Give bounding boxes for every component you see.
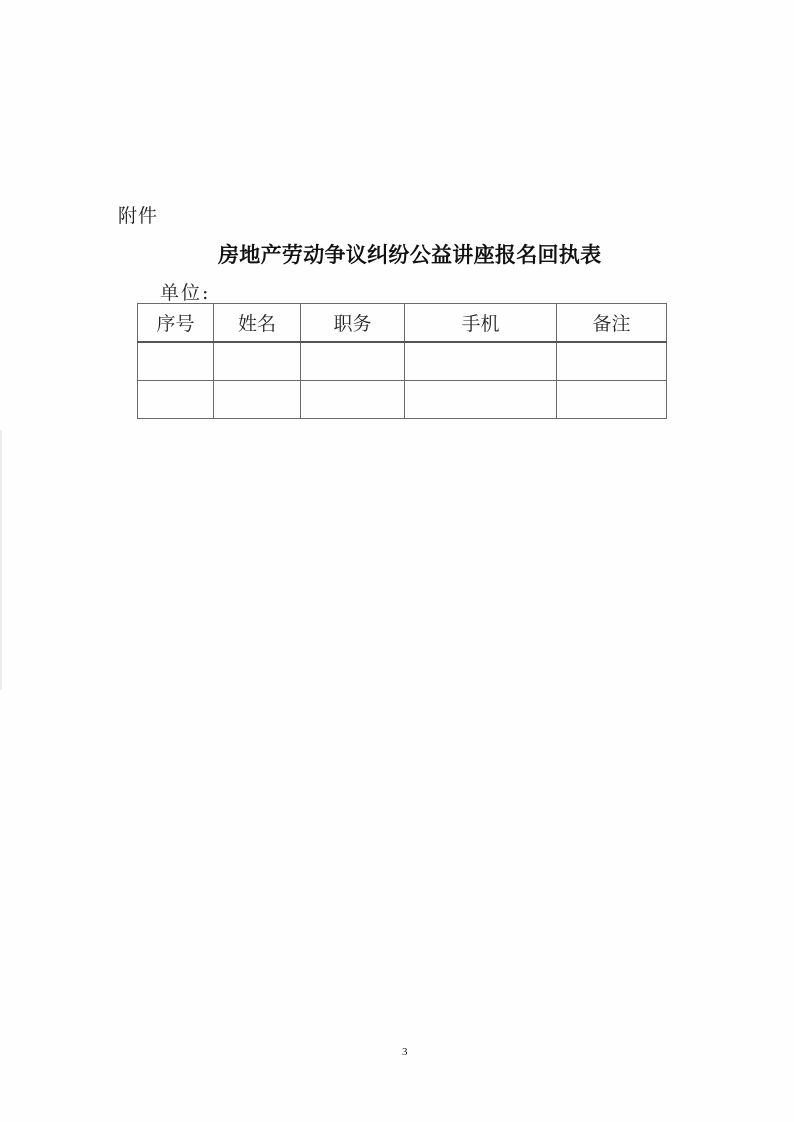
cell-name xyxy=(214,342,301,381)
cell-mobile xyxy=(405,381,557,419)
table-row xyxy=(138,381,667,419)
cell-name xyxy=(214,381,301,419)
header-name: 姓名 xyxy=(214,304,301,343)
cell-serial-number xyxy=(138,342,214,381)
cell-position xyxy=(301,381,405,419)
cell-mobile xyxy=(405,342,557,381)
document-page: 附件 房地产劳动争议纠纷公益讲座报名回执表 单位: 序号 姓名 职务 手机 备注 xyxy=(0,0,794,1122)
attachment-label: 附件 xyxy=(118,201,158,228)
header-serial-number: 序号 xyxy=(138,304,214,343)
cell-position xyxy=(301,342,405,381)
table-row xyxy=(138,342,667,381)
header-remarks: 备注 xyxy=(557,304,667,343)
registration-table: 序号 姓名 职务 手机 备注 xyxy=(137,303,667,419)
scan-edge-shadow xyxy=(0,430,2,690)
page-number: 3 xyxy=(402,1046,408,1058)
cell-serial-number xyxy=(138,381,214,419)
cell-remarks xyxy=(557,342,667,381)
form-title: 房地产劳动争议纠纷公益讲座报名回执表 xyxy=(218,239,601,269)
header-position: 职务 xyxy=(301,304,405,343)
unit-label: 单位: xyxy=(160,278,210,305)
header-mobile: 手机 xyxy=(405,304,557,343)
cell-remarks xyxy=(557,381,667,419)
table-header-row: 序号 姓名 职务 手机 备注 xyxy=(138,304,667,343)
